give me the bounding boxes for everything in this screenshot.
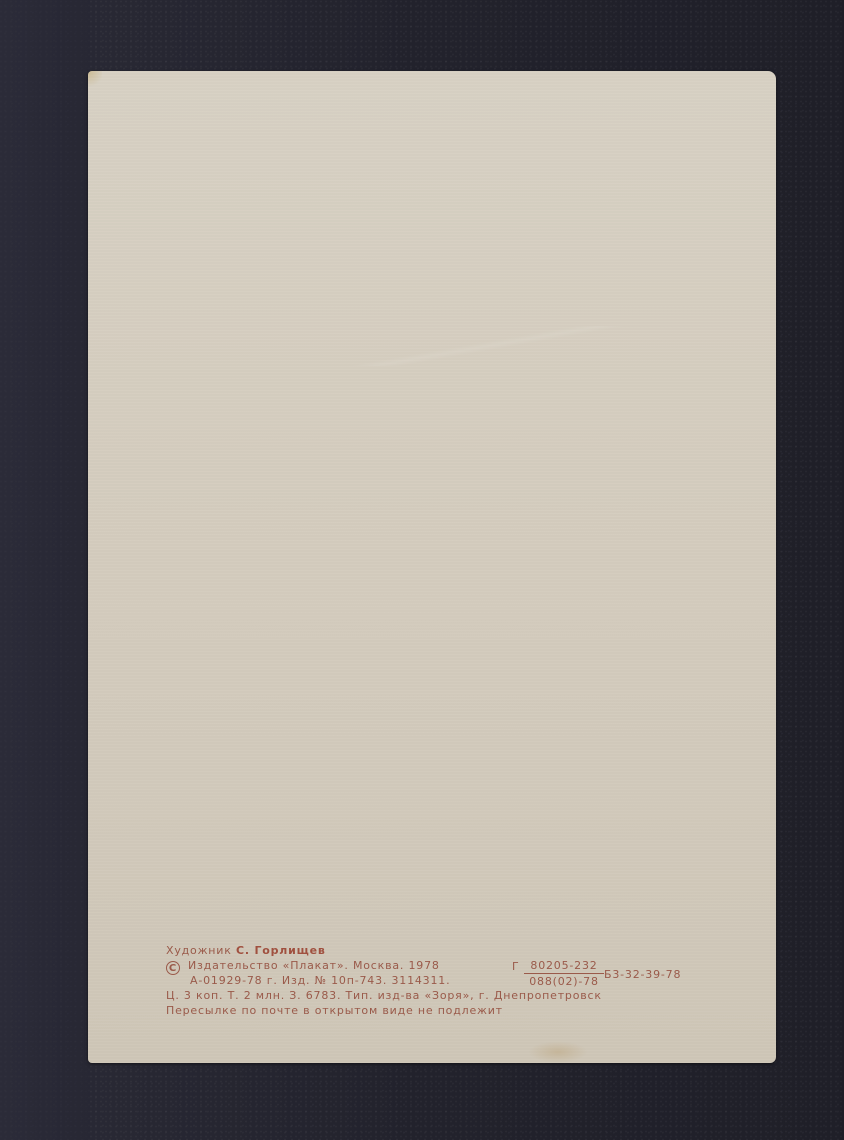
postcard-back: Художник С. Горлищев CИздательство «Плак… [88, 71, 776, 1063]
paper-stain [528, 1041, 588, 1063]
index-fraction: 80205-232 088(02)-78 [524, 959, 604, 990]
artist-label: Художник [166, 944, 232, 957]
order-text: А-01929-78 г. Изд. № 10п-743. 3114311. [190, 974, 450, 987]
publisher-imprint: Художник С. Горлищев CИздательство «Плак… [166, 943, 726, 1018]
index-prefix: Г [512, 959, 520, 974]
series-code: Б3-32-39-78 [604, 967, 681, 982]
print-text: Ц. 3 коп. Т. 2 млн. З. 6783. Тип. изд-ва… [166, 989, 602, 1002]
artist-credit: Художник С. Горлищев [166, 943, 726, 958]
surface-background [0, 0, 90, 1140]
postal-note-text: Пересылке по почте в открытом виде не по… [166, 1004, 503, 1017]
index-numerator: 80205-232 [524, 959, 604, 974]
publisher-text: Издательство «Плакат». Москва. 1978 [188, 959, 440, 972]
paper-crease [338, 326, 638, 366]
index-denominator: 088(02)-78 [524, 974, 604, 990]
artist-name: С. Горлищев [236, 944, 326, 957]
print-line: Ц. 3 коп. Т. 2 млн. З. 6783. Тип. изд-ва… [166, 988, 726, 1003]
postal-note: Пересылке по почте в открытом виде не по… [166, 1003, 726, 1018]
